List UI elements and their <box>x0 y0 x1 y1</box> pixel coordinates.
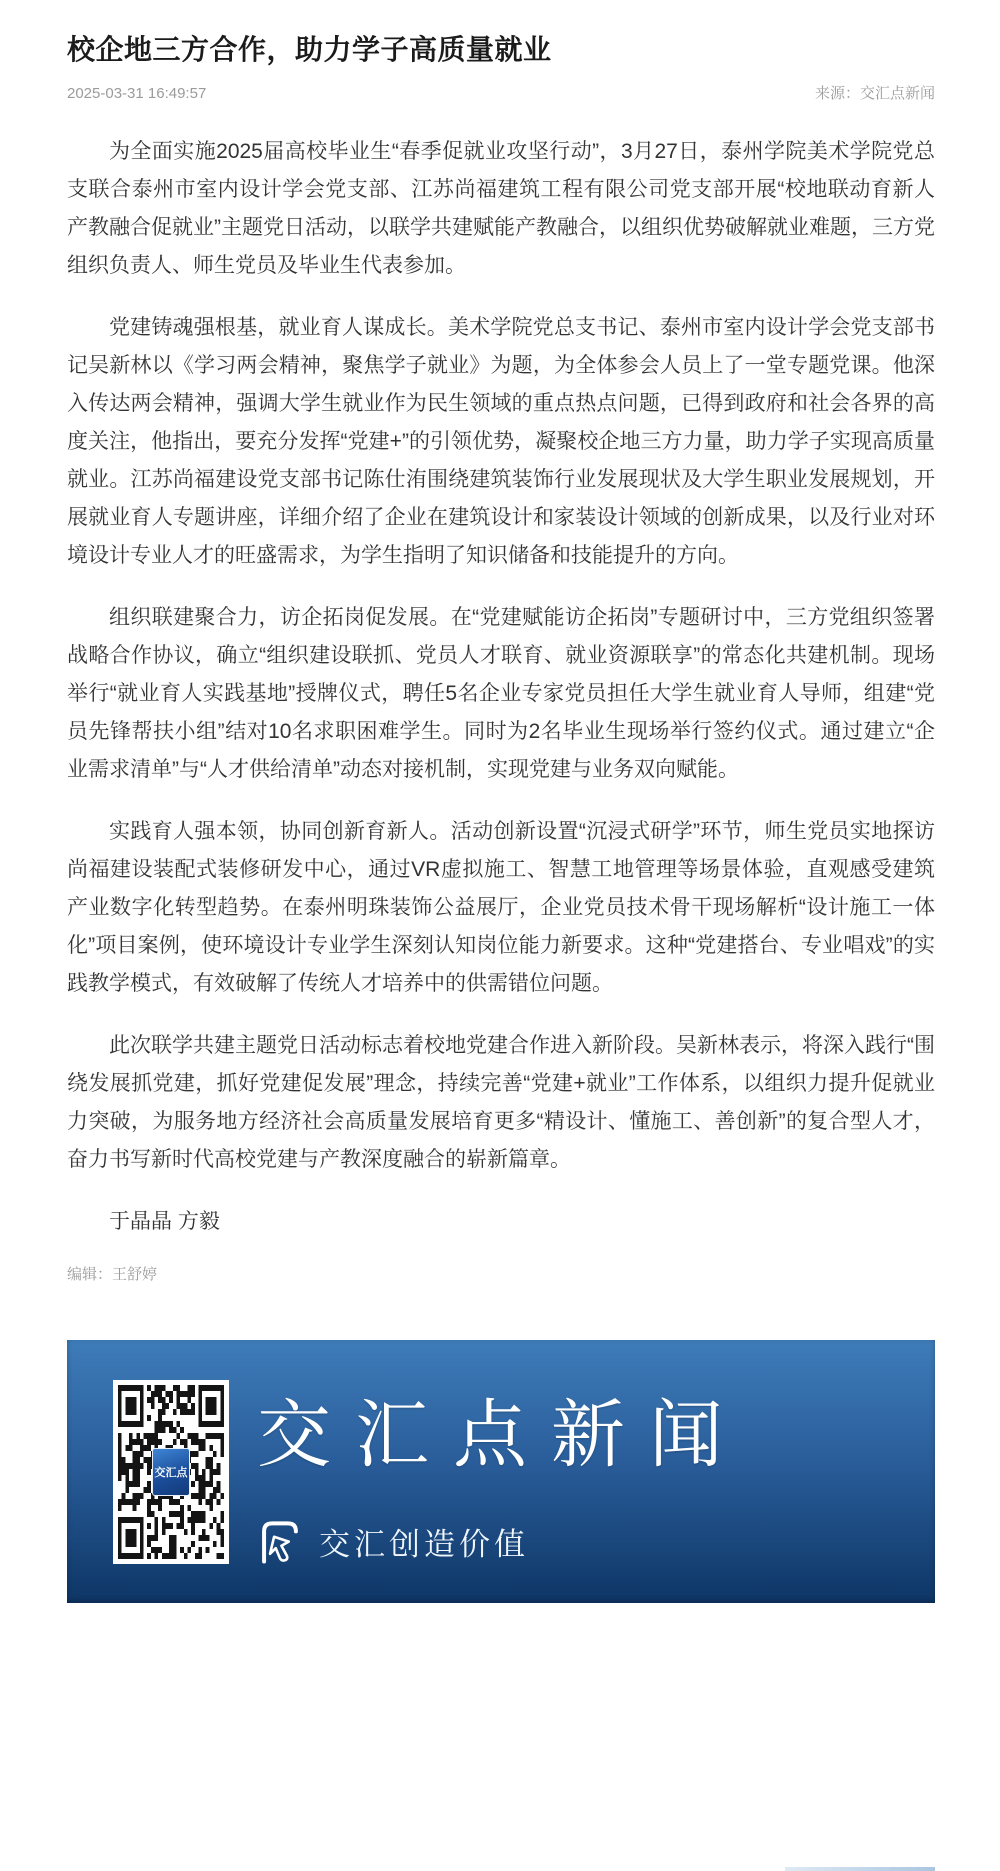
banner-brand-text: 交汇点新闻 <box>257 1376 905 1482</box>
article-paragraph: 此次联学共建主题党日活动标志着校地党建合作进入新阶段。吴新林表示，将深入践行“围… <box>67 1027 935 1179</box>
next-section-edge <box>785 1867 935 1871</box>
qr-code: 交汇点 <box>113 1380 229 1564</box>
brand-banner[interactable]: 交汇点 交汇点新闻 交汇创造价值 <box>67 1340 935 1603</box>
article-paragraph: 为全面实施2025届高校毕业生“春季促就业攻坚行动”，3月27日，泰州学院美术学… <box>67 133 935 285</box>
publish-time: 2025-03-31 16:49:57 <box>67 85 206 102</box>
qr-center-logo: 交汇点 <box>152 1448 190 1496</box>
editor-line: 编辑：王舒婷 <box>67 1263 935 1284</box>
article-meta: 2025-03-31 16:49:57 来源：交汇点新闻 <box>67 82 935 103</box>
author-line: 于晶晶 方毅 <box>67 1203 935 1241</box>
banner-text-block: 交汇点新闻 交汇创造价值 <box>257 1376 935 1568</box>
article-body: 为全面实施2025届高校毕业生“春季促就业攻坚行动”，3月27日，泰州学院美术学… <box>67 133 935 1179</box>
article-source: 来源：交汇点新闻 <box>815 82 935 103</box>
article-page: 校企地三方合作，助力学子高质量就业 2025-03-31 16:49:57 来源… <box>0 28 1000 1603</box>
article-paragraph: 党建铸魂强根基，就业育人谋成长。美术学院党总支书记、泰州市室内设计学会党支部书记… <box>67 309 935 575</box>
cursor-arrow-icon <box>257 1516 303 1568</box>
article-paragraph: 实践育人强本领，协同创新育新人。活动创新设置“沉浸式研学”环节，师生党员实地探访… <box>67 813 935 1003</box>
banner-slogan: 交汇创造价值 <box>319 1519 529 1564</box>
article-paragraph: 组织联建聚合力，访企拓岗促发展。在“党建赋能访企拓岗”专题研讨中，三方党组织签署… <box>67 599 935 789</box>
article-title: 校企地三方合作，助力学子高质量就业 <box>67 28 935 68</box>
banner-slogan-row: 交汇创造价值 <box>257 1516 905 1568</box>
